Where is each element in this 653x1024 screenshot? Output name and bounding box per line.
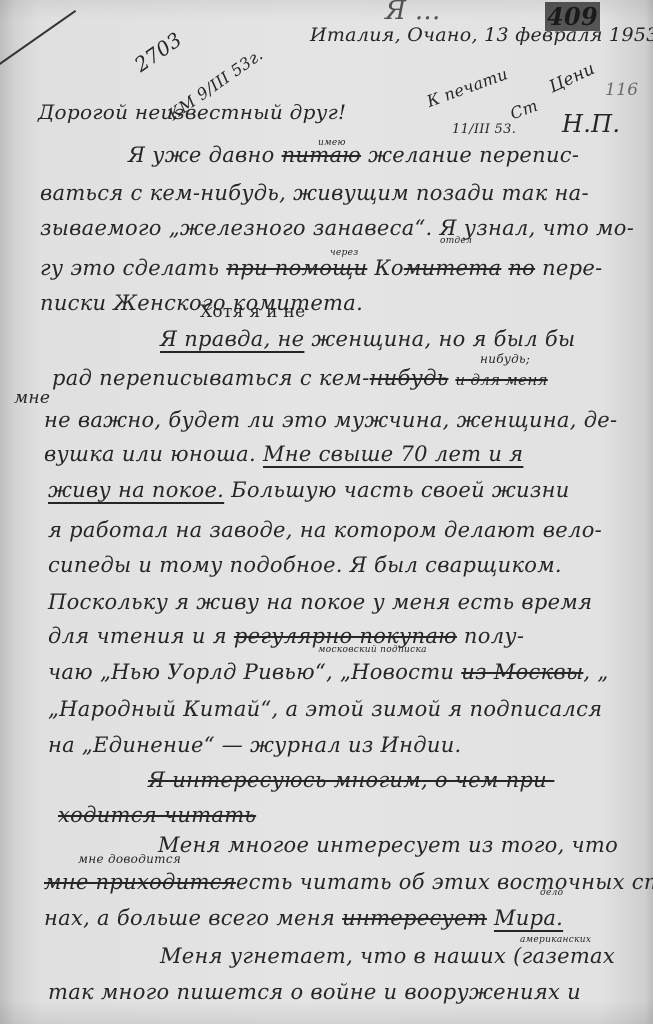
insert-text: отдел bbox=[440, 236, 472, 246]
line-text: Я уже давно bbox=[128, 143, 275, 167]
letter-line: Я правда, не женщина, но я был бы bbox=[160, 327, 575, 351]
line-text: для чтения и я bbox=[48, 624, 227, 648]
letter-line: Меня многое интересует из того, что bbox=[158, 833, 618, 857]
line-text: „Народный Китай“, а этой зимой я подписа… bbox=[48, 697, 602, 721]
annotation-page-number: 116 bbox=[605, 80, 638, 100]
underlined-text: живу на покое. bbox=[48, 478, 224, 502]
line-text: Ко bbox=[374, 256, 404, 280]
letter-line: для чтения и я регулярно покупаю полу- bbox=[48, 624, 524, 648]
letter-line: Поскольку я живу на покое у меня есть вр… bbox=[48, 590, 592, 614]
line-text: женщина, но я был бы bbox=[311, 327, 575, 351]
line-text: есть читать об этих восточных стра- bbox=[236, 870, 653, 894]
line-text: вушка или юноша. bbox=[44, 442, 256, 466]
letter-line: живу на покое. Большую часть своей жизни bbox=[48, 478, 570, 502]
struck-text: митета bbox=[404, 256, 502, 280]
annotation-initials: Н.П. bbox=[562, 110, 620, 138]
underlined-text: Мира. bbox=[494, 906, 563, 930]
line-text: чаю „Нью Уорлд Ривью“, „Новости bbox=[48, 660, 454, 684]
struck-text: ходится читать bbox=[58, 803, 256, 827]
registration-mark: 2703 bbox=[130, 27, 186, 77]
letter-page: Я ... 409 2703 КМ 9/III 53г. Италия, Оча… bbox=[0, 0, 653, 1024]
underlined-text: Мне свыше 70 лет и я bbox=[263, 442, 523, 466]
line-text: зываемого „железного занавеса“. Я узнал,… bbox=[40, 216, 634, 240]
line-text: Меня угнетает, что в наших bbox=[160, 944, 506, 968]
letter-line: гу это сделать при помощи Комитета по пе… bbox=[40, 256, 603, 280]
insert-text: нибудь; bbox=[480, 352, 530, 366]
margin-insert: мне bbox=[14, 388, 50, 408]
letter-line: зываемого „железного занавеса“. Я узнал,… bbox=[40, 216, 634, 240]
line-text: не важно, будет ли это мужчина, женщина,… bbox=[44, 408, 617, 432]
annotation-date: 11/III 53. bbox=[452, 122, 516, 137]
struck-text: Я правда, не bbox=[160, 327, 304, 351]
letter-line: сипеды и тому подобное. Я был сварщиком. bbox=[48, 553, 562, 577]
struck-text: мне приходится bbox=[44, 870, 236, 894]
struck-text: по bbox=[508, 256, 535, 280]
line-text: так много пишется о войне и вооружениях … bbox=[48, 980, 581, 1004]
letter-line: так много пишется о войне и вооружениях … bbox=[48, 980, 581, 1004]
struck-text: нибудь bbox=[370, 366, 449, 390]
struck-text: питаю bbox=[282, 143, 361, 167]
line-text: , „ bbox=[583, 660, 608, 684]
line-text: я работал на заводе, на котором делают в… bbox=[48, 518, 602, 542]
letter-line: Я уже давно питаю желание перепис- bbox=[128, 143, 579, 167]
letter-line: ходится читать bbox=[58, 803, 256, 827]
letter-line: нах, а больше всего меня интересует Мира… bbox=[44, 906, 563, 930]
line-text: (газетах bbox=[506, 944, 615, 968]
letter-line: Меня угнетает, что в наших (газетах bbox=[160, 944, 615, 968]
letter-line: не важно, будет ли это мужчина, женщина,… bbox=[44, 408, 617, 432]
line-text: Меня многое интересует из того, что bbox=[158, 833, 618, 857]
struck-text: при помощи bbox=[226, 256, 367, 280]
struck-text: интересует bbox=[342, 906, 487, 930]
line-text: полу- bbox=[457, 624, 524, 648]
line-text: рад переписываться с кем- bbox=[52, 366, 370, 390]
line-text: нах, а больше всего меня bbox=[44, 906, 335, 930]
salutation: Дорогой неизвестный друг! bbox=[38, 100, 346, 124]
registration-diagonal-stroke bbox=[0, 10, 76, 86]
letter-line: „Народный Китай“, а этой зимой я подписа… bbox=[48, 697, 602, 721]
letter-line: чаю „Нью Уорлд Ривью“, „Новости из Москв… bbox=[48, 660, 609, 684]
place-date: Италия, Очано, 13 февраля 1953, bbox=[310, 24, 653, 46]
letter-line: рад переписываться с кем-нибудь и для ме… bbox=[52, 366, 548, 390]
letter-line: Я интересуюсь многим, о чем при- bbox=[148, 768, 554, 792]
annotation-cen: Цени bbox=[546, 59, 598, 98]
letter-line: на „Единение“ — журнал из Индии. bbox=[48, 733, 462, 757]
stamp-top: Я ... bbox=[385, 0, 441, 26]
line-text: ваться с кем-нибудь, живущим позади так … bbox=[40, 181, 589, 205]
annotation-st: Ст bbox=[508, 96, 541, 123]
line-text: сипеды и тому подобное. Я был сварщиком. bbox=[48, 553, 562, 577]
insert-text: московский подписка bbox=[318, 645, 427, 655]
line-text: желание перепис- bbox=[368, 143, 579, 167]
line-text: Большую часть своей жизни bbox=[224, 478, 569, 502]
letter-line: вушка или юноша. Мне свыше 70 лет и я bbox=[44, 442, 523, 466]
line-text: пере- bbox=[542, 256, 602, 280]
line-text: Поскольку я живу на покое у меня есть вр… bbox=[48, 590, 592, 614]
line-text: гу это сделать bbox=[40, 256, 219, 280]
insert-text: мне доводится bbox=[78, 852, 181, 866]
insert-text: дело bbox=[540, 888, 563, 898]
letter-line: я работал на заводе, на котором делают в… bbox=[48, 518, 602, 542]
struck-text: и для меня bbox=[455, 371, 547, 389]
line-text: на „Единение“ — журнал из Индии. bbox=[48, 733, 462, 757]
struck-text: Я интересуюсь многим, о чем при- bbox=[148, 768, 554, 792]
letter-line: ваться с кем-нибудь, живущим позади так … bbox=[40, 181, 589, 205]
insert-text: Хотя я и не bbox=[200, 302, 305, 322]
annotation-for-print: К печати bbox=[424, 64, 510, 111]
struck-text: из Москвы bbox=[461, 660, 583, 684]
